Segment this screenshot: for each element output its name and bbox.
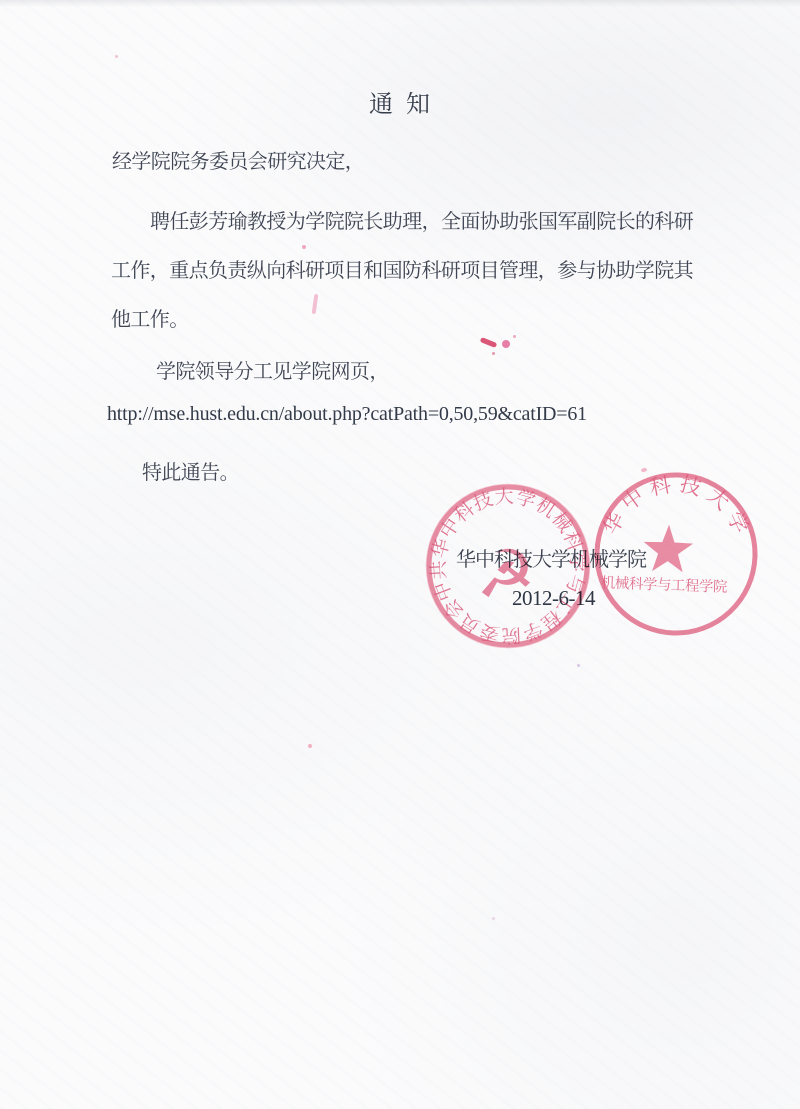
paragraph-body-line2: 工作，重点负责纵向科研项目和国防科研项目管理，参与协助学院其 (111, 259, 693, 283)
scanned-notice-page: 通 知 经学院院务委员会研究决定， 聘任彭芳瑜教授为学院院长助理，全面协助张国军… (0, 0, 800, 1109)
university-seal-arc-text: 华中科技大学 (598, 469, 758, 544)
ink-speck (492, 352, 495, 355)
ink-smudge (312, 294, 319, 314)
svg-text:华中科技大学: 华中科技大学 (598, 469, 758, 544)
hammer-sickle-icon: ☭ (476, 536, 535, 613)
ink-speck (308, 744, 312, 748)
notice-url: http://mse.hust.edu.cn/about.php?catPath… (107, 402, 587, 426)
page-title: 通 知 (0, 84, 800, 119)
ink-speck (302, 245, 306, 249)
paragraph-body-line3: 他工作。 (111, 308, 189, 332)
ink-speck (492, 917, 495, 920)
paragraph-body-line1: 聘任彭芳瑜教授为学院院长助理，全面协助张国军副院长的科研 (150, 210, 693, 234)
paragraph-web-note: 学院领导分工见学院网页， (156, 360, 389, 384)
paragraph-intro: 经学院院务委员会研究决定， (112, 150, 364, 174)
star-icon (643, 524, 694, 573)
paragraph-closing: 特此通告。 (142, 461, 239, 485)
ink-speck (502, 340, 510, 348)
ink-speck (577, 664, 580, 667)
ink-speck (115, 55, 118, 58)
university-seal: 华中科技大学 机械科学与工程学院 (583, 461, 769, 647)
ink-speck (513, 335, 516, 338)
university-seal-bottom-text: 机械科学与工程学院 (601, 573, 729, 595)
ink-speck (480, 337, 498, 348)
party-committee-seal: 中共华中科技大学机械科学与工程学院委员会 ☭ (418, 476, 598, 656)
